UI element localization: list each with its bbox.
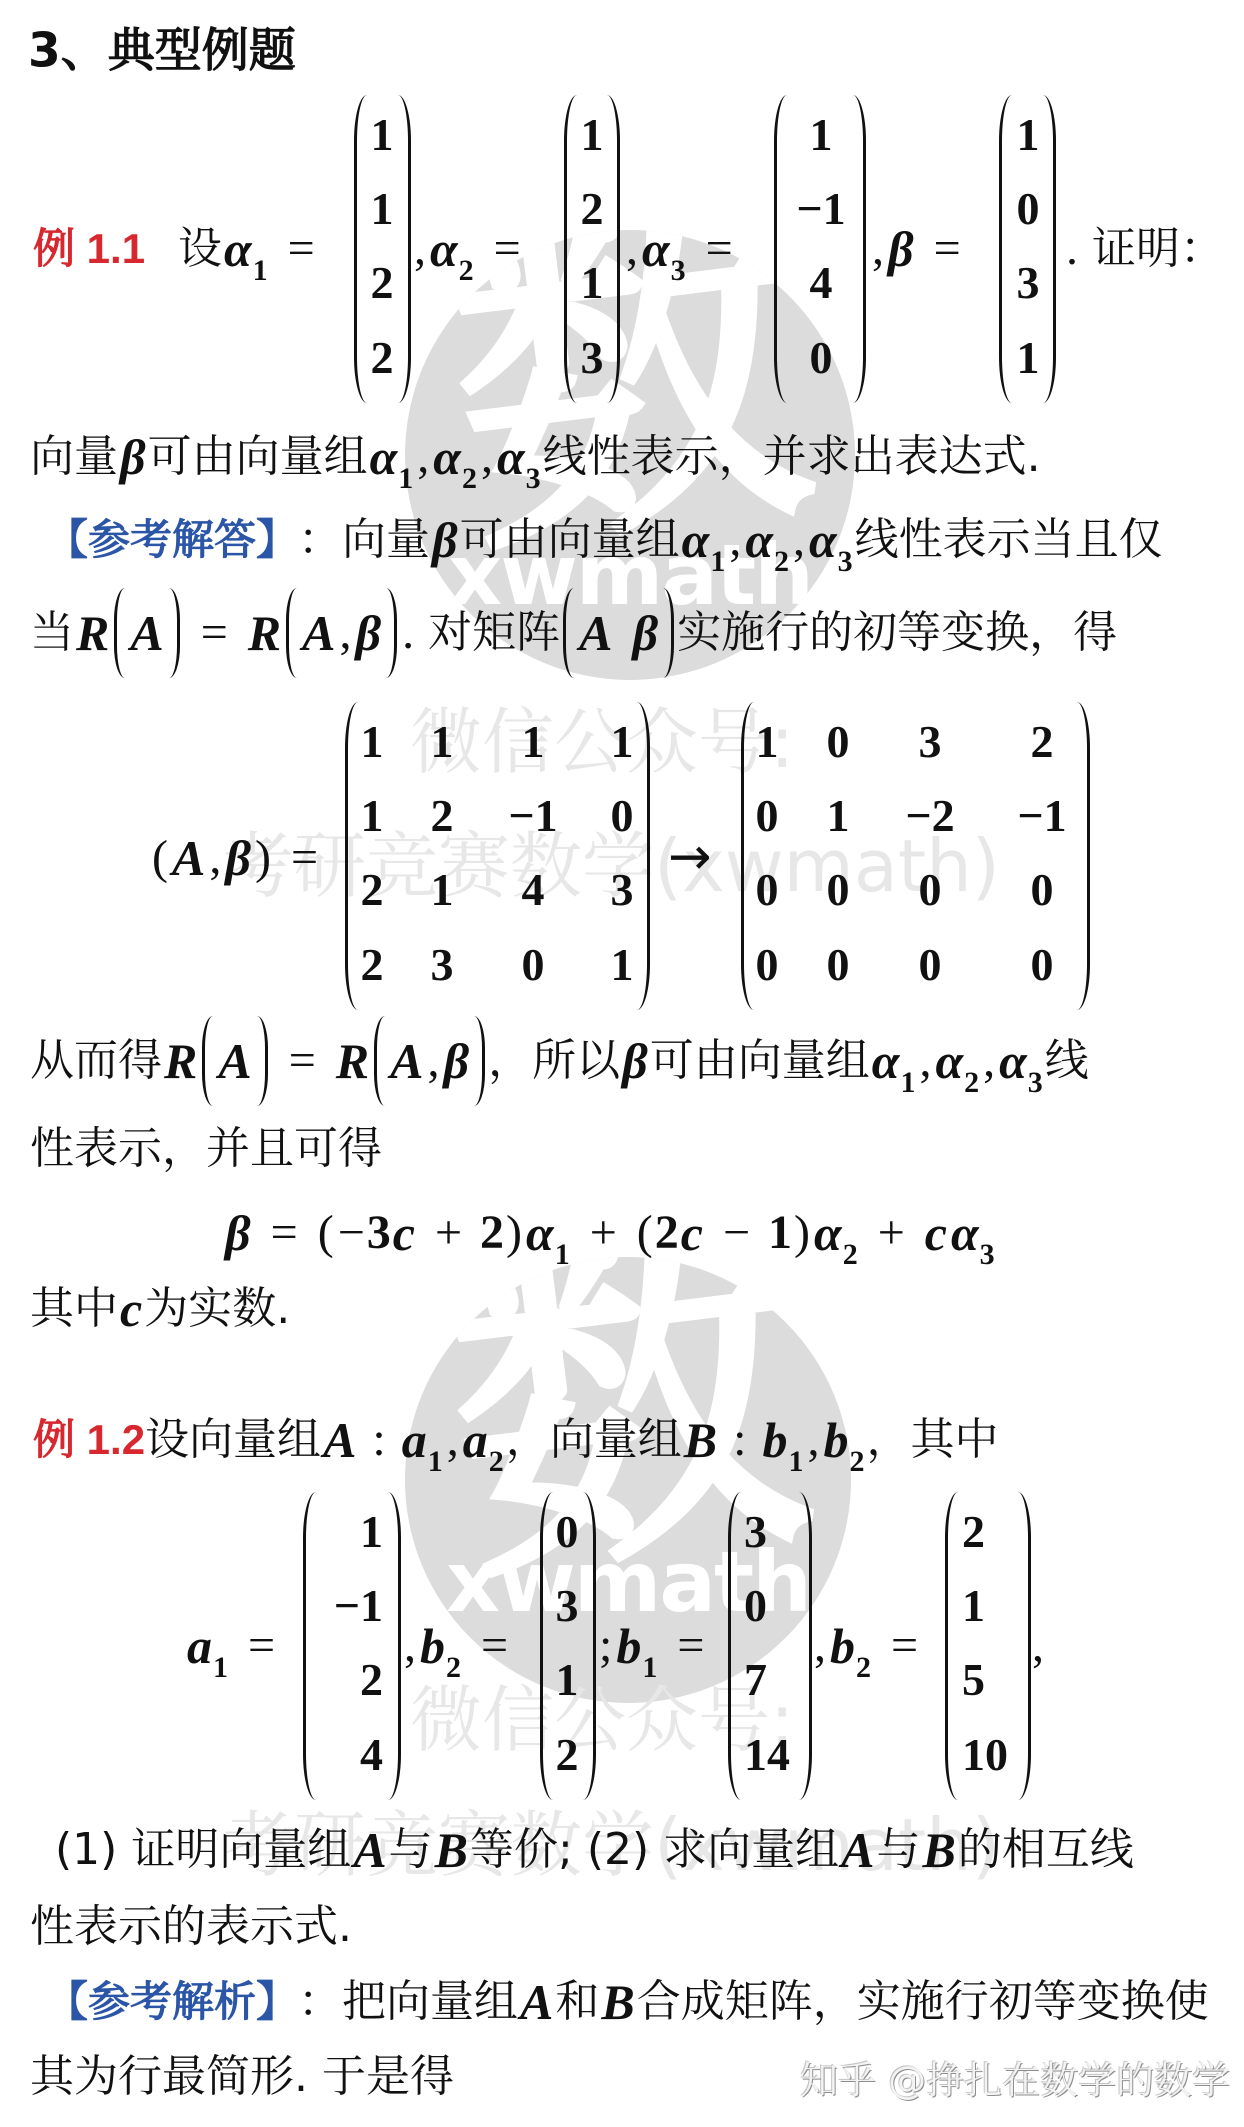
math-symbol: β xyxy=(225,1208,251,1258)
text-run: 当 xyxy=(30,609,74,657)
math-symbol: R xyxy=(336,1036,369,1086)
math-variable: β xyxy=(225,1208,251,1258)
math-symbol: b xyxy=(616,1621,641,1671)
matrix-entry: 3 xyxy=(556,1583,579,1629)
matrix-entry: 1 xyxy=(756,719,779,765)
vector-separator: ;b1= xyxy=(597,1621,722,1671)
matrix-entry: 4 xyxy=(360,1732,383,1778)
math-variable: α2 xyxy=(935,1036,979,1086)
math-variable: α3 xyxy=(642,224,686,274)
math-variable: α1 xyxy=(224,224,268,274)
right-bracket xyxy=(1043,95,1056,403)
statement-separator: ,α3= xyxy=(624,224,751,274)
math-symbol: A xyxy=(302,608,335,658)
text-run: 线性表示，并求出表达式. xyxy=(543,433,1041,481)
math-symbol: A xyxy=(130,608,163,658)
math-symbol: R xyxy=(76,608,109,658)
math-variable: R xyxy=(76,608,109,658)
matrix-entry: 0 xyxy=(522,942,545,988)
vector-alpha3: 1−140 xyxy=(774,95,866,403)
text-run: 性表示，并且可得 xyxy=(30,1125,382,1173)
math-number: 2 xyxy=(655,1209,679,1257)
text-run: ：向量 xyxy=(298,516,430,564)
right-bracket xyxy=(853,95,866,403)
math-symbol: α xyxy=(526,1208,554,1258)
example-label: 例 1.1 xyxy=(33,226,145,272)
math-variable: b1 xyxy=(616,1621,657,1671)
right-bracket xyxy=(398,95,411,403)
text-run: 的相互线 xyxy=(958,1826,1134,1874)
math-subscript: 2 xyxy=(843,1240,858,1270)
math-symbol: A xyxy=(520,1977,553,2027)
left-bracket xyxy=(728,1492,741,1800)
math-variable: β xyxy=(225,833,251,883)
matrix-entry: 0 xyxy=(756,867,779,913)
parenthesized-group: A,β xyxy=(374,1016,485,1106)
math-variable: B xyxy=(684,1415,717,1465)
math-variable: α2 xyxy=(814,1208,858,1258)
math-symbol: α xyxy=(682,515,710,565)
right-bracket xyxy=(607,95,620,403)
matrix-equation-lhs: (A,β)= xyxy=(150,833,336,883)
math-symbol: B xyxy=(923,1825,956,1875)
matrix-entry: 2 xyxy=(371,260,394,306)
math-punctuation: ( xyxy=(318,1209,334,1257)
math-operator: = xyxy=(706,225,733,273)
math-variable: R xyxy=(164,1036,197,1086)
matrix-entry: 1 xyxy=(431,867,454,913)
left-paren xyxy=(286,588,297,678)
math-subscript: 3 xyxy=(1028,1068,1043,1098)
math-variable: β xyxy=(888,224,914,274)
math-operator: + xyxy=(435,1209,462,1257)
matrix-entry: 0 xyxy=(919,867,942,913)
math-variable: A xyxy=(520,1977,553,2027)
math-subscript: 1 xyxy=(710,547,725,577)
zhihu-watermark: 知乎 @挣扎在数学的数学 xyxy=(800,2050,1230,2105)
group-content: A xyxy=(125,608,168,658)
math-operator: = xyxy=(934,225,961,273)
math-punctuation: , xyxy=(807,1416,819,1464)
math-operator: = xyxy=(481,1622,508,1670)
math-punctuation: , xyxy=(729,516,741,564)
math-symbol: b xyxy=(830,1621,855,1671)
math-subscript: 2 xyxy=(459,256,474,286)
matrix-entry: 2 xyxy=(361,942,384,988)
math-symbol: α xyxy=(497,432,525,482)
math-variable: α3 xyxy=(809,515,853,565)
math-variable: α1 xyxy=(370,432,414,482)
matrix-entry: 4 xyxy=(522,867,545,913)
text-run: 可由向量组 xyxy=(460,516,680,564)
math-variable: R xyxy=(336,1036,369,1086)
matrix-entry: 2 xyxy=(431,793,454,839)
math-variable: α2 xyxy=(430,224,474,274)
left-paren xyxy=(563,588,574,678)
math-variable: A xyxy=(172,833,205,883)
matrix-entry: 1 xyxy=(371,186,394,232)
matrix-entry: 1 xyxy=(360,1509,383,1555)
math-variable: c xyxy=(681,1208,703,1258)
text-run: 设向量组 xyxy=(145,1416,321,1464)
parenthesized-group: A β xyxy=(563,588,674,678)
math-punctuation: , xyxy=(209,834,221,882)
conclusion-line-1: 从而得RA=RA,β，所以β可由向量组α1,α2,α3线 xyxy=(30,1016,1089,1106)
text-run: 设 xyxy=(178,225,222,273)
text-run: 可由向量组 xyxy=(650,1037,870,1085)
text-run: 对矩阵 xyxy=(428,609,560,657)
matrix-entry: −1 xyxy=(1017,793,1066,839)
analysis-line-1: 【参考解析】：把向量组A和B合成矩阵，实施行初等变换使 xyxy=(46,1977,1209,2027)
math-subscript: 1 xyxy=(555,1240,570,1270)
math-punctuation: . xyxy=(1066,225,1090,273)
math-variable: α1 xyxy=(526,1208,570,1258)
math-symbol: α xyxy=(809,515,837,565)
matrix-entry: 0 xyxy=(810,335,833,381)
math-symbol: β xyxy=(444,1036,470,1086)
question-line-1: (1) 证明向量组A与B等价; (2) 求向量组A与B的相互线 xyxy=(55,1825,1134,1875)
group-content: A,β xyxy=(385,1036,474,1086)
math-symbol: R xyxy=(248,608,281,658)
math-subscript: 2 xyxy=(489,1447,504,1477)
vector-separator: ,b2= xyxy=(402,1621,526,1671)
math-symbol: β xyxy=(432,515,458,565)
note-line: 其中c为实数. xyxy=(30,1284,290,1334)
left-paren xyxy=(114,588,125,678)
math-punctuation: , xyxy=(919,1037,931,1085)
question-line-2: 性表示的表示式. xyxy=(30,1903,352,1951)
math-symbol: a xyxy=(187,1621,212,1671)
math-variable: b2 xyxy=(830,1621,871,1671)
section-label: 【参考解析】 xyxy=(46,1979,298,2025)
math-variable: A xyxy=(323,1415,356,1465)
matrix-entry: 2 xyxy=(360,1657,383,1703)
math-subscript: 2 xyxy=(446,1653,461,1683)
math-subscript: 1 xyxy=(253,256,268,286)
math-operator: + xyxy=(878,1209,905,1257)
math-variable: b1 xyxy=(762,1415,803,1465)
matrix-entry: 1 xyxy=(1017,335,1040,381)
math-punctuation: , xyxy=(428,1037,440,1085)
math-subscript: 2 xyxy=(849,1447,864,1477)
math-subscript: 3 xyxy=(671,256,686,286)
matrix-entry: 1 xyxy=(581,112,604,158)
math-punctuation: , xyxy=(814,1622,826,1670)
math-punctuation: ) xyxy=(255,834,271,882)
math-variable: β xyxy=(633,608,659,658)
math-variable: a2 xyxy=(463,1415,504,1465)
right-bracket xyxy=(583,1492,596,1800)
right-paren xyxy=(663,588,674,678)
matrix-entry: 1 xyxy=(361,719,384,765)
math-variable: β xyxy=(120,432,146,482)
math-variable: β xyxy=(444,1036,470,1086)
math-symbol: R xyxy=(164,1036,197,1086)
math-operator: − xyxy=(723,1209,750,1257)
math-symbol: α xyxy=(999,1036,1027,1086)
math-punctuation: ) xyxy=(506,1209,522,1257)
right-paren xyxy=(257,1016,268,1106)
vector-alpha1: 1122 xyxy=(354,95,411,403)
math-symbol: A xyxy=(353,1825,386,1875)
math-symbol: α xyxy=(935,1036,963,1086)
left-bracket xyxy=(564,95,577,403)
matrix-entry: −1 xyxy=(508,793,557,839)
math-variable: A xyxy=(353,1825,386,1875)
matrix-entry: 2 xyxy=(962,1509,985,1555)
matrix-entry: 3 xyxy=(1017,260,1040,306)
matrix-entry: 1 xyxy=(611,719,634,765)
math-variable: a1 xyxy=(187,1621,228,1671)
vector-label: a1= xyxy=(185,1621,293,1671)
matrix-entry: 2 xyxy=(581,186,604,232)
matrix-entry: 0 xyxy=(1017,186,1040,232)
matrix-entry: 2 xyxy=(371,335,394,381)
math-punctuation: ( xyxy=(637,1209,653,1257)
matrix-entry: 1 xyxy=(962,1583,985,1629)
math-variable: A xyxy=(218,1036,251,1086)
left-bracket xyxy=(945,1492,958,1800)
math-symbol: A xyxy=(390,1036,423,1086)
math-variable: A xyxy=(841,1825,874,1875)
math-symbol: c xyxy=(120,1284,142,1334)
vector-alpha2: 1213 xyxy=(564,95,620,403)
matrix-entry: 2 xyxy=(1031,719,1054,765)
math-symbol: α xyxy=(430,224,458,274)
matrix-entry: 0 xyxy=(827,867,850,913)
math-operator: = xyxy=(494,225,521,273)
math-symbol: α xyxy=(642,224,670,274)
matrix-entry: 1 xyxy=(1017,112,1040,158)
math-operator: = xyxy=(288,225,315,273)
math-symbol: A xyxy=(218,1036,251,1086)
math-punctuation: , xyxy=(626,225,638,273)
matrix-entry: 1 xyxy=(810,112,833,158)
math-variable: α3 xyxy=(497,432,541,482)
text-run: 从而得 xyxy=(30,1037,162,1085)
left-bracket xyxy=(345,702,358,1010)
math-subscript: 1 xyxy=(213,1653,228,1683)
math-symbol: b xyxy=(420,1621,445,1671)
conclusion-line-2: 性表示，并且可得 xyxy=(30,1125,382,1173)
math-variable: A xyxy=(130,608,163,658)
group-content: A β xyxy=(574,608,663,658)
matrix-entry: 3 xyxy=(581,335,604,381)
group-content: A,β xyxy=(297,608,386,658)
math-variable: B xyxy=(601,1977,634,2027)
left-bracket xyxy=(741,702,754,1010)
math-symbol: c xyxy=(925,1208,947,1258)
math-subscript: 1 xyxy=(642,1653,657,1683)
statement-separator: ,α2= xyxy=(412,224,539,274)
math-punctuation: , xyxy=(793,516,805,564)
statement-tail: . 证明： xyxy=(1064,225,1224,273)
augmented-matrix: 111112−1021432301 xyxy=(345,702,650,1010)
math-variable: α1 xyxy=(872,1036,916,1086)
text-run: (1) 证明向量组 xyxy=(55,1826,351,1874)
matrix-entry: 4 xyxy=(810,260,833,306)
parenthesized-group: A xyxy=(202,1016,267,1106)
left-bracket xyxy=(774,95,787,403)
math-operator: = xyxy=(201,609,228,657)
math-operator: = xyxy=(271,1209,298,1257)
math-variable: α1 xyxy=(682,515,726,565)
matrix-entry: 0 xyxy=(827,719,850,765)
math-punctuation: , xyxy=(983,1037,995,1085)
math-symbol: α xyxy=(745,515,773,565)
math-variable: B xyxy=(435,1825,468,1875)
math-symbol: A xyxy=(323,1415,356,1465)
text-run: 向量 xyxy=(30,433,118,481)
math-variable: α3 xyxy=(951,1208,995,1258)
section-label: 【参考解答】 xyxy=(46,517,298,563)
math-punctuation: , xyxy=(447,1416,459,1464)
math-operator: = xyxy=(291,834,318,882)
math-variable: A xyxy=(390,1036,423,1086)
math-symbol: α xyxy=(370,432,398,482)
answer-line-2: 当RA=RA,β. 对矩阵A β实施行的初等变换，得 xyxy=(30,588,1117,678)
left-bracket xyxy=(540,1492,553,1800)
right-bracket xyxy=(799,1492,812,1800)
text-run: ，所以 xyxy=(488,1037,620,1085)
math-symbol: c xyxy=(681,1208,703,1258)
text-run: 其中 xyxy=(30,1285,118,1333)
math-variable: b2 xyxy=(420,1621,461,1671)
math-symbol: β xyxy=(888,224,914,274)
right-paren xyxy=(169,588,180,678)
math-punctuation: ( xyxy=(152,834,168,882)
text-run: 等价; (2) 求向量组 xyxy=(470,1826,839,1874)
right-bracket xyxy=(637,702,650,1010)
text-run: ：把向量组 xyxy=(298,1978,518,2026)
left-bracket xyxy=(303,1492,316,1800)
matrix-entry: 7 xyxy=(744,1657,767,1703)
math-symbol: b xyxy=(823,1415,848,1465)
analysis-line-2: 其为行最简形. 于是得 xyxy=(30,2053,454,2101)
vector-b1: 30714 xyxy=(728,1492,812,1800)
math-subscript: 1 xyxy=(428,1447,443,1477)
math-symbol: A xyxy=(841,1825,874,1875)
math-punctuation: , xyxy=(417,433,429,481)
math-number: 2 xyxy=(480,1209,504,1257)
vector-separator: ,b2= xyxy=(812,1621,936,1671)
math-operator: = xyxy=(289,1037,316,1085)
math-variable: a1 xyxy=(402,1415,443,1465)
math-punctuation: , xyxy=(340,609,352,657)
math-subscript: 2 xyxy=(774,547,789,577)
right-bracket xyxy=(388,1492,401,1800)
matrix-entry: 0 xyxy=(756,942,779,988)
math-subscript: 2 xyxy=(462,464,477,494)
math-symbol: c xyxy=(393,1208,415,1258)
math-punctuation: , xyxy=(481,433,493,481)
matrix-entry: 1 xyxy=(581,260,604,306)
math-symbol: a xyxy=(402,1415,427,1465)
vector-a2: 0312 xyxy=(540,1492,596,1800)
left-bracket xyxy=(999,95,1012,403)
math-symbol: A xyxy=(172,833,205,883)
text-run: 线 xyxy=(1045,1037,1089,1085)
right-arrow-icon: → xyxy=(668,831,712,883)
math-subscript: 2 xyxy=(964,1068,979,1098)
math-variable: β xyxy=(622,1036,648,1086)
math-symbol: β xyxy=(633,608,659,658)
vector-b2: 21510 xyxy=(945,1492,1031,1800)
math-variable: R xyxy=(248,608,281,658)
math-symbol: α xyxy=(814,1208,842,1258)
math-punctuation xyxy=(617,609,629,657)
matrix-entry: 1 xyxy=(611,942,634,988)
matrix-entry: 1 xyxy=(431,719,454,765)
math-punctuation: , xyxy=(414,225,426,273)
text-run: ，其中 xyxy=(866,1416,998,1464)
matrix-entry: 0 xyxy=(756,793,779,839)
math-symbol: α xyxy=(433,432,461,482)
math-number: 3 xyxy=(367,1209,391,1257)
math-symbol: α xyxy=(951,1208,979,1258)
matrix-entry: 2 xyxy=(556,1732,579,1778)
math-symbol: B xyxy=(435,1825,468,1875)
matrix-entry: 1 xyxy=(556,1657,579,1703)
text-run: 和 xyxy=(555,1978,599,2026)
math-subscript: 2 xyxy=(856,1653,871,1683)
matrix-entry: 10 xyxy=(962,1732,1008,1778)
math-operator: = xyxy=(677,1622,704,1670)
matrix-entry: 0 xyxy=(611,793,634,839)
matrix-entry: 0 xyxy=(1031,867,1054,913)
math-subscript: 3 xyxy=(526,464,541,494)
math-variable: α2 xyxy=(745,515,789,565)
section-label: 例 1.2 xyxy=(33,1417,145,1463)
math-punctuation: , xyxy=(872,225,884,273)
math-punctuation: ; xyxy=(599,1622,612,1670)
question-line: 向量β可由向量组α1,α2,α3线性表示，并求出表达式. xyxy=(30,432,1041,482)
math-punctuation: , xyxy=(1032,1622,1044,1670)
text-run: 证明： xyxy=(1092,225,1224,273)
vector-tail: , xyxy=(1030,1622,1046,1670)
matrix-entry: −2 xyxy=(905,793,954,839)
math-variable: α2 xyxy=(433,432,477,482)
math-subscript: 3 xyxy=(980,1240,995,1270)
math-symbol: β xyxy=(120,432,146,482)
group-content: A xyxy=(213,1036,256,1086)
math-symbol: α xyxy=(872,1036,900,1086)
left-paren xyxy=(374,1016,385,1106)
matrix-entry: 3 xyxy=(431,942,454,988)
math-punctuation: , xyxy=(404,1622,416,1670)
matrix-entry: 3 xyxy=(611,867,634,913)
math-subscript: 1 xyxy=(900,1068,915,1098)
text-run: 其为行最简形. 于是得 xyxy=(30,2053,454,2101)
text-run: 为实数. xyxy=(144,1285,290,1333)
math-variable: A xyxy=(302,608,335,658)
matrix-entry: 3 xyxy=(919,719,942,765)
matrix-entry: 0 xyxy=(1031,942,1054,988)
left-paren xyxy=(202,1016,213,1106)
math-variable: c xyxy=(120,1284,142,1334)
matrix-entry: 0 xyxy=(556,1509,579,1555)
math-subscript: 1 xyxy=(788,1447,803,1477)
math-punctuation: − xyxy=(338,1209,365,1257)
math-variable: c xyxy=(925,1208,947,1258)
math-number: 1 xyxy=(768,1209,792,1257)
text-run: 与 xyxy=(389,1826,433,1874)
text-run: 线性表示当且仅 xyxy=(855,516,1163,564)
matrix-entry: 1 xyxy=(371,112,394,158)
matrix-entry: 0 xyxy=(919,942,942,988)
math-punctuation: ) xyxy=(794,1209,810,1257)
text-run: 与 xyxy=(877,1826,921,1874)
